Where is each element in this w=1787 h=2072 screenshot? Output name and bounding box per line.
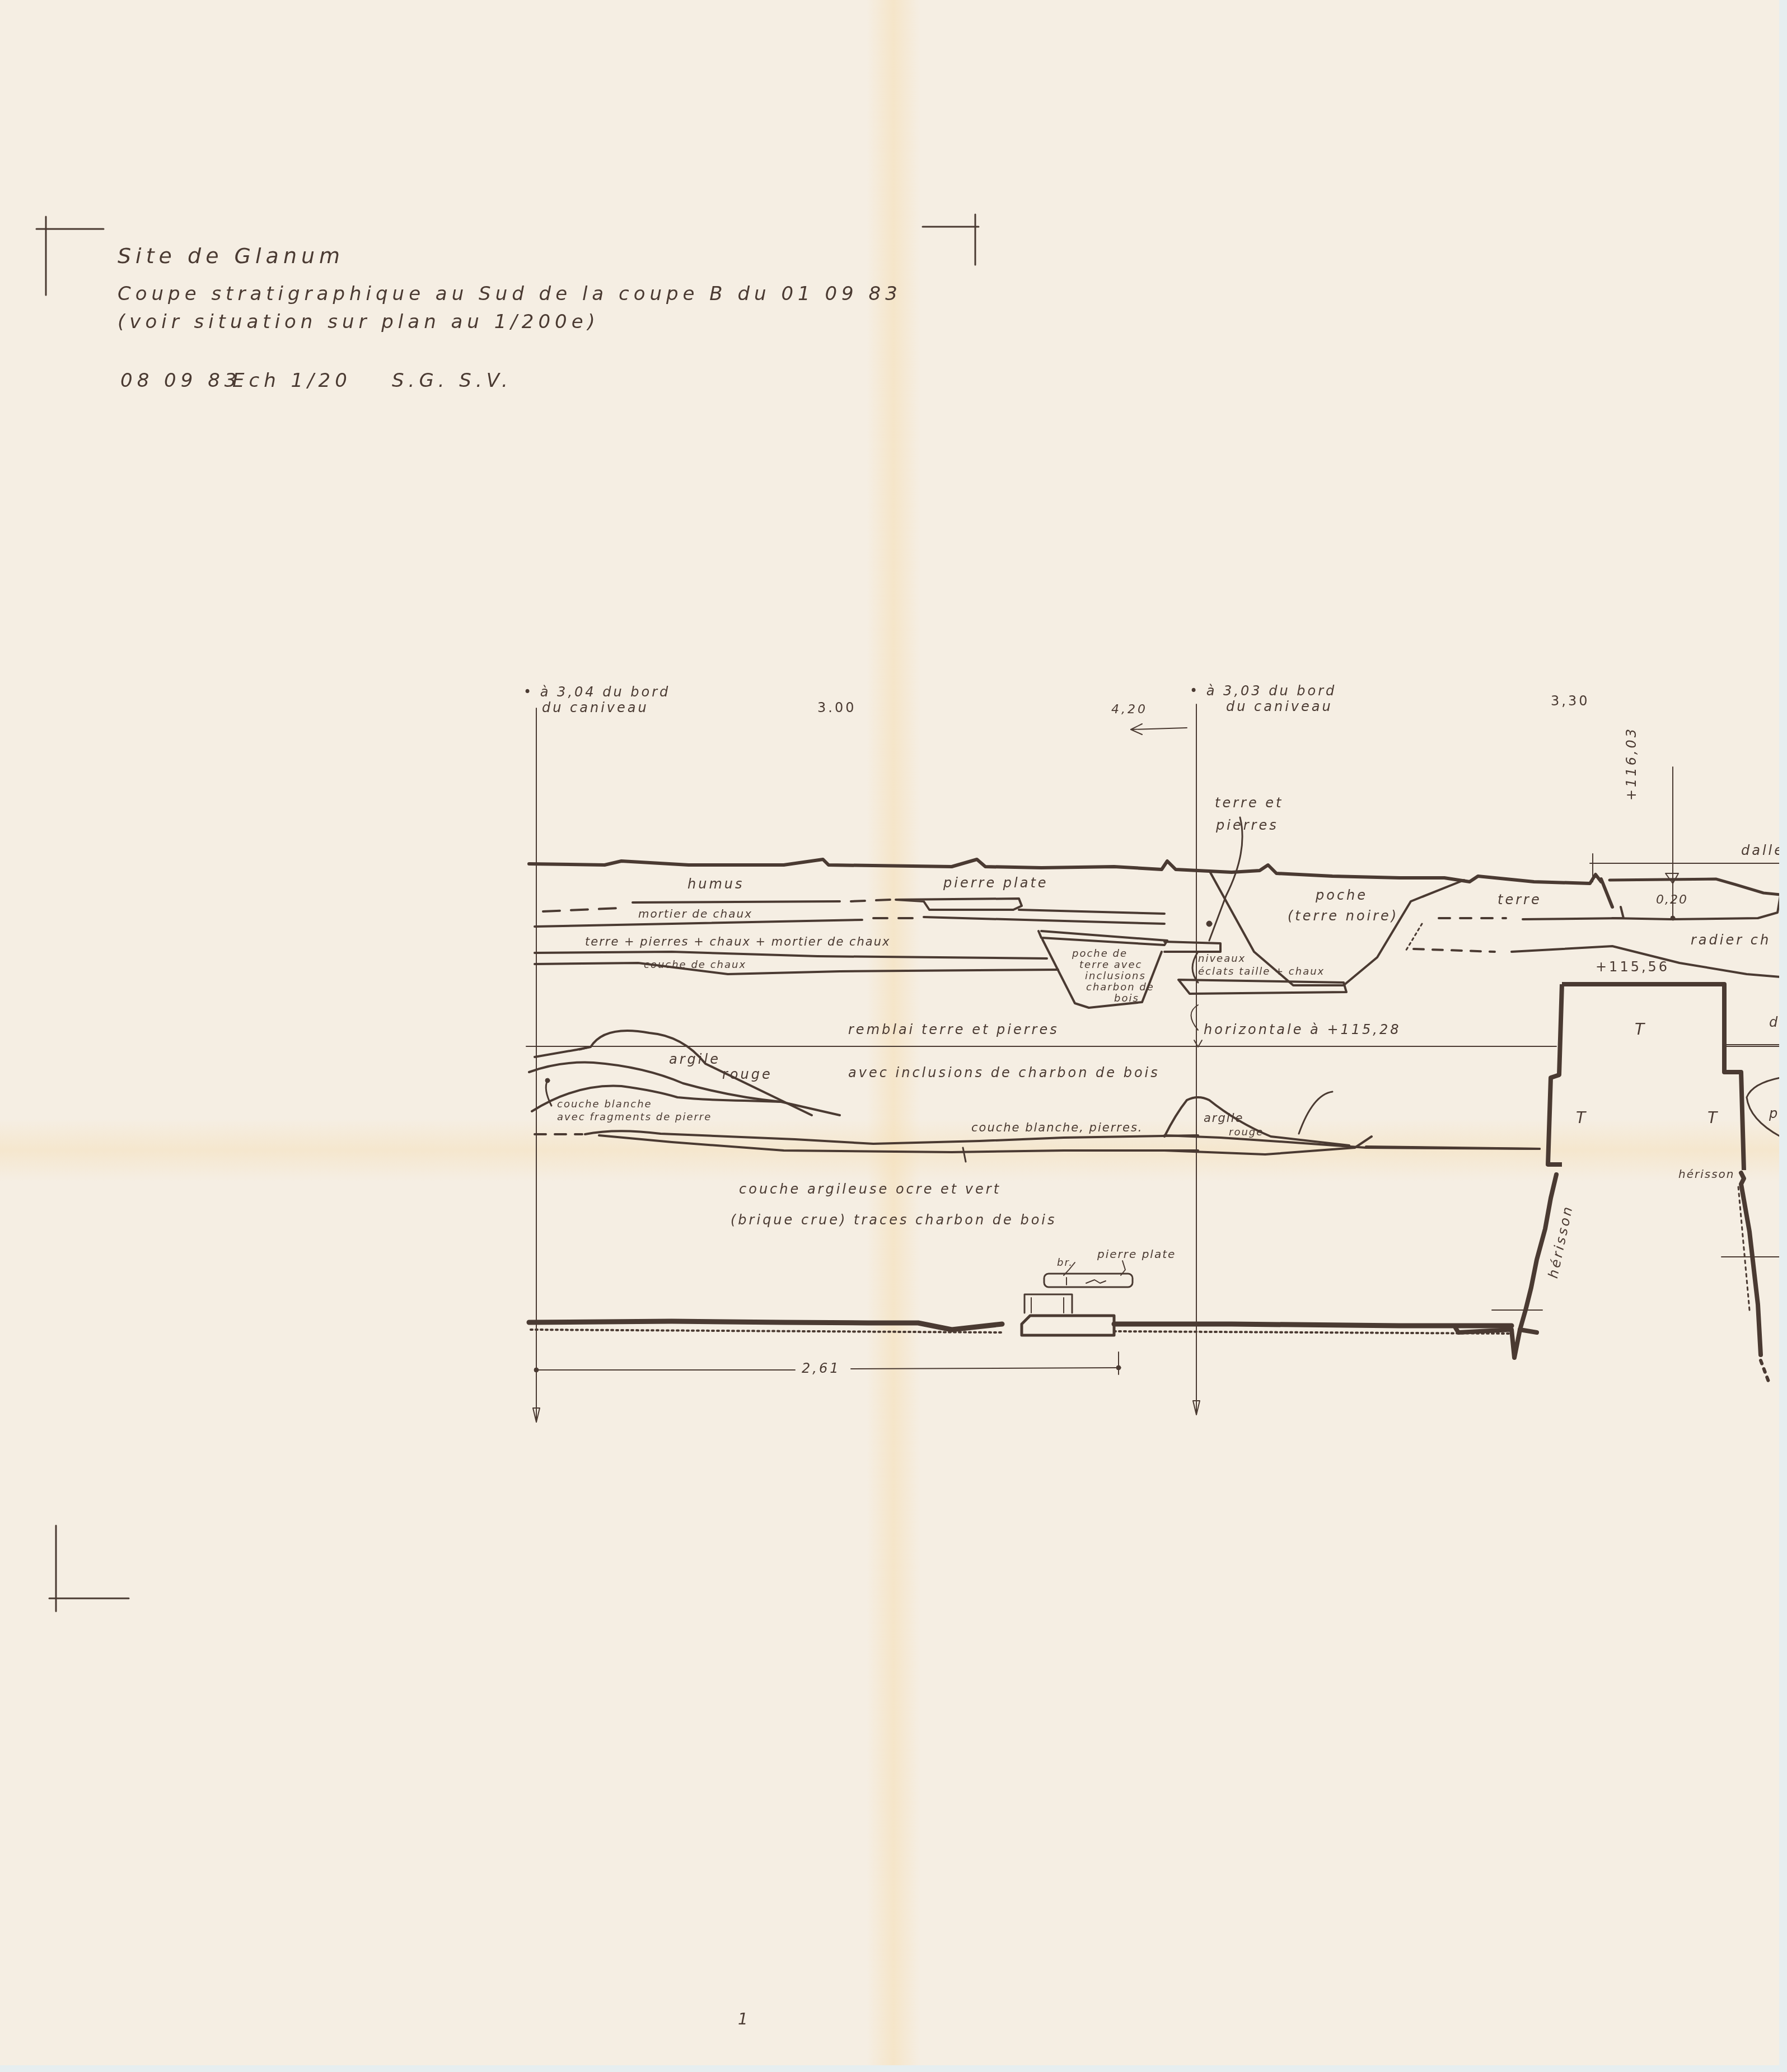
label-couche-blanche-2: couche blanche, pierres. [971, 1121, 1143, 1134]
slab-thickness: 0,20 [1656, 893, 1688, 907]
label-pierres: pierres [1216, 817, 1279, 833]
floor-line [529, 1321, 1002, 1330]
label-dalle: dalle [1741, 843, 1785, 858]
label-eclats-taille: éclats taille + chaux [1198, 966, 1325, 977]
scan-edge-right [1779, 0, 1787, 2072]
label-argile-2: argile [1204, 1111, 1243, 1125]
horizontal-datum-label: horizontale à +115,28 [1204, 1022, 1401, 1037]
label-couche-blanche-1: couche blanche [557, 1098, 652, 1110]
label-humus: humus [687, 876, 745, 892]
label-remblai: remblai terre et pierres [848, 1022, 1059, 1037]
wall-block-t-top: T [1635, 1020, 1646, 1039]
label-poche: poche [1316, 887, 1368, 903]
dimension-4-20: 4,20 [1111, 703, 1148, 717]
elevation-116-03: +116,03 [1624, 727, 1639, 801]
site-title: Site de Glanum [118, 244, 344, 268]
drawing-scale: Ech 1/20 [232, 370, 352, 392]
label-radier: radier ch [1691, 932, 1771, 948]
scan-edge-bottom [0, 2065, 1787, 2072]
label-br: br. [1057, 1257, 1073, 1269]
section-description: Coupe stratigraphique au Sud de la coupe… [118, 283, 902, 305]
elevation-115-56: +115,56 [1596, 959, 1669, 975]
registration-mark-bottom-left [49, 1526, 129, 1611]
label-terre-pierres-chaux: terre + pierres + chaux + mortier de cha… [585, 935, 890, 948]
dimension-3-00: 3.00 [817, 700, 856, 715]
drawing-authors: S.G. S.V. [392, 370, 512, 392]
label-mortier: mortier de chaux [638, 907, 752, 920]
label-niveaux: niveaux [1198, 953, 1246, 965]
label-terre-noire: (terre noire) [1288, 908, 1398, 924]
label-brique-crue: (brique crue) traces charbon de bois [731, 1212, 1057, 1228]
label-remblai-inclusions: avec inclusions de charbon de bois [848, 1065, 1160, 1081]
label-terre: terre [1498, 892, 1542, 908]
label-poche-charbon-l2: terre avec [1079, 959, 1142, 971]
wall-block-t-left: T [1576, 1109, 1588, 1127]
dimension-3-30: 3,30 [1551, 693, 1589, 709]
section-location-note: (voir situation sur plan au 1/200e) [118, 311, 600, 333]
label-poche-charbon-l5: bois [1114, 993, 1139, 1004]
registration-mark-top-left [36, 217, 104, 295]
wall-outline [1562, 984, 1744, 1170]
dimension-2-61: 2,61 [802, 1360, 840, 1376]
label-poche-charbon-l3: inclusions [1085, 970, 1146, 982]
label-p-cut: p [1769, 1106, 1780, 1121]
label-d-cut: d [1769, 1014, 1780, 1030]
registration-mark-top-center [923, 214, 979, 265]
label-terre-et: terre et [1215, 795, 1283, 811]
label-pierre-plate-bottom: pierre plate [1097, 1247, 1176, 1261]
label-herisson-right: hérisson [1678, 1167, 1735, 1181]
reference-left-line1: • à 3,04 du bord [523, 684, 670, 700]
page-number: 1 [738, 2010, 750, 2028]
label-pierre-plate-top: pierre plate [943, 875, 1049, 891]
label-rouge-1: rouge [722, 1067, 773, 1082]
label-poche-charbon-l4: charbon de [1086, 981, 1154, 993]
label-fragments-pierre: avec fragments de pierre [557, 1111, 712, 1123]
label-poche-charbon-l1: poche de [1072, 948, 1128, 960]
label-couche-chaux: couche de chaux [644, 959, 746, 971]
reference-right-line1: • à 3,03 du bord [1190, 683, 1336, 699]
label-argile-1: argile [669, 1051, 721, 1067]
drawing-date: 08 09 83 [120, 370, 241, 392]
label-rouge-2: rouge [1229, 1126, 1264, 1138]
reference-left-line2: du caniveau [542, 700, 649, 715]
reference-right-line2: du caniveau [1226, 699, 1333, 714]
wall-block-t-right: T [1708, 1109, 1719, 1127]
label-couche-argileuse: couche argileuse ocre et vert [739, 1181, 1001, 1197]
